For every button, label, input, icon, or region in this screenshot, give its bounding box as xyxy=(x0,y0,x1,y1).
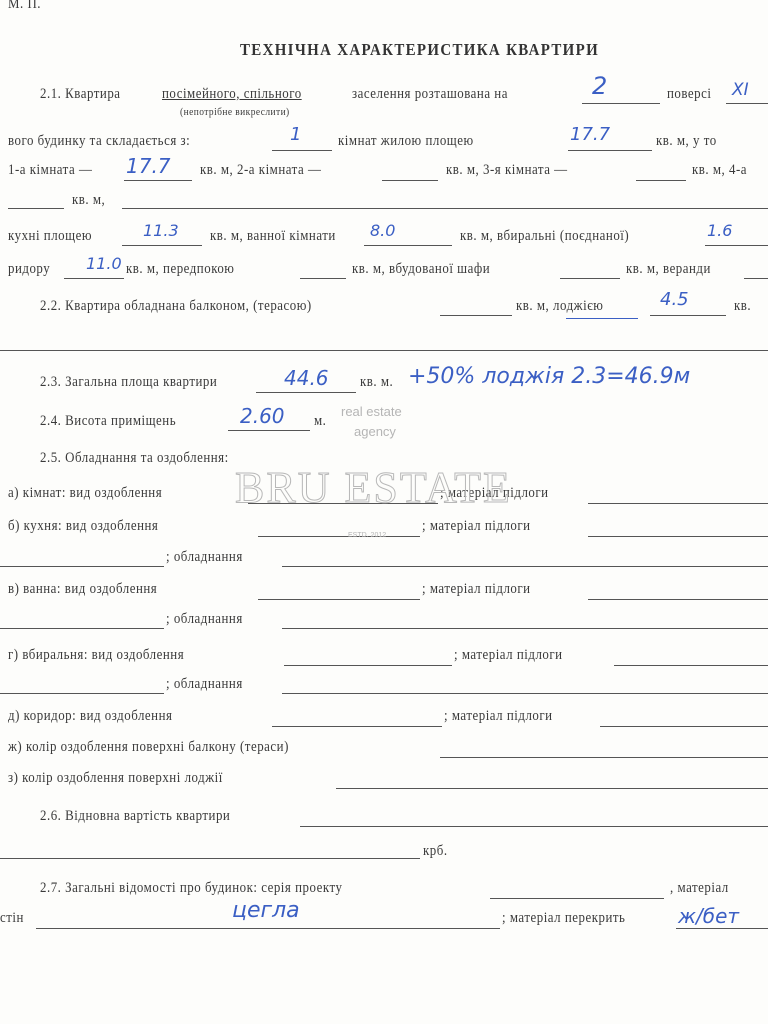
s21-line2a: вого будинку та складається з: xyxy=(8,133,190,150)
s21-line2b: кімнат жилою площею xyxy=(338,133,474,150)
s22-lead: 2.2. Квартира обладнана балконом, (терас… xyxy=(40,298,312,315)
bath-label: кв. м, ванної кімнати xyxy=(210,228,336,245)
s21-lead: 2.1. Квартира xyxy=(40,86,121,103)
s25v-floor-line xyxy=(588,599,768,600)
extra-rooms-line xyxy=(122,208,768,209)
loggia-underline xyxy=(566,318,638,319)
page-title: ТЕХНІЧНА ХАРАКТЕРИСТИКА КВАРТИРИ xyxy=(240,40,599,60)
walls-field-line xyxy=(36,928,500,929)
s25v-floor: ; матеріал підлоги xyxy=(422,581,531,598)
s25d-finish-line xyxy=(272,726,442,727)
closet-field-line xyxy=(560,278,620,279)
value-field-line-cont xyxy=(0,858,420,859)
s25zh-label: ж) колір оздоблення поверхні балкону (те… xyxy=(8,739,289,756)
wc-field-line xyxy=(705,245,768,246)
watermark-brand: BRU ESTATE xyxy=(235,462,512,513)
height-value[interactable]: 2.60 xyxy=(240,404,285,428)
stamp-mark: М. П. xyxy=(8,0,41,13)
loggia-field-line xyxy=(650,315,726,316)
s21-line2c: кв. м, у то xyxy=(656,133,717,150)
s25v-floor-line-cont xyxy=(0,628,164,629)
s25g-floor-line xyxy=(614,665,768,666)
room1-label: 1-а кімната — xyxy=(8,162,92,179)
kitchen-field-line xyxy=(122,245,202,246)
s25v-equip-line xyxy=(282,628,768,629)
floor-field-line xyxy=(582,103,660,104)
room3-label: кв. м, 3-я кімната — xyxy=(446,162,568,179)
room3-field-line xyxy=(636,180,686,181)
room2-label: кв. м, 2-а кімната — xyxy=(200,162,321,179)
line4-a: кв. м, xyxy=(72,192,105,209)
s25g-label: г) вбиральня: вид оздоблення xyxy=(8,647,184,664)
wc-value[interactable]: 1.6 xyxy=(707,221,732,240)
s25b-finish-line xyxy=(258,536,420,537)
rooms-field-line xyxy=(272,150,332,151)
s25d-floor-line xyxy=(600,726,768,727)
floor-value[interactable]: 2 xyxy=(592,72,607,100)
corridor-field-line xyxy=(64,278,124,279)
value-unit: крб. xyxy=(423,843,448,860)
total-area-value[interactable]: 44.6 xyxy=(284,366,329,390)
ceiling-label: ; матеріал перекрить xyxy=(502,910,625,927)
strike-note: (непотрібне викреслити) xyxy=(180,106,290,118)
bath-field-line xyxy=(364,245,452,246)
watermark-line2: agency xyxy=(354,424,396,439)
s25z-line xyxy=(336,788,768,789)
room1-value[interactable]: 17.7 xyxy=(126,154,171,178)
s25b-equip-line xyxy=(282,566,768,567)
living-area-field-line xyxy=(568,150,652,151)
storeys-field-line xyxy=(726,103,768,104)
floor-label: поверсі xyxy=(667,86,711,103)
veranda-label: кв. м, веранди xyxy=(626,261,711,278)
s25g-equip-line xyxy=(282,693,768,694)
total-area-annotation: +50% лоджія 2.3=46.9м xyxy=(408,364,690,389)
kitchen-value[interactable]: 11.3 xyxy=(143,221,179,240)
s25g-equip: ; обладнання xyxy=(166,676,243,693)
total-area-label: 2.3. Загальна площа квартири xyxy=(40,374,217,391)
s21-options: посімейного, спільного xyxy=(162,86,302,103)
total-area-field-line xyxy=(256,392,356,393)
s25b-label: б) кухня: вид оздоблення xyxy=(8,518,158,535)
closet-label: кв. м, вбудованої шафи xyxy=(352,261,490,278)
s25v-finish-line xyxy=(258,599,420,600)
s25zh-line xyxy=(440,757,768,758)
room4-field-line xyxy=(8,208,64,209)
s27-label: 2.7. Загальні відомості про будинок: сер… xyxy=(40,880,342,897)
height-label: 2.4. Висота приміщень xyxy=(40,413,176,430)
walls-label: стін xyxy=(0,910,24,927)
s25v-equip: ; обладнання xyxy=(166,611,243,628)
kitchen-label: кухні площею xyxy=(8,228,92,245)
height-field-line xyxy=(228,430,310,431)
loggia-label: кв. м, лоджією xyxy=(516,298,603,315)
s25-title: 2.5. Обладнання та оздоблення: xyxy=(40,450,229,467)
watermark-line1: real estate xyxy=(341,404,402,419)
storeys-value[interactable]: XI xyxy=(732,80,749,100)
ceiling-field-line xyxy=(676,928,768,929)
s27-material: , матеріал xyxy=(670,880,729,897)
s25g-finish-line xyxy=(284,665,452,666)
corridor-value[interactable]: 11.0 xyxy=(86,254,122,273)
s21-mid: заселення розташована на xyxy=(352,86,508,103)
total-area-unit: кв. м. xyxy=(360,374,393,391)
wc-label: кв. м, вбиральні (поєднаної) xyxy=(460,228,629,245)
living-area-value[interactable]: 17.7 xyxy=(570,124,610,145)
watermark-est: ESTD. 2012 xyxy=(348,532,386,539)
room2-field-line xyxy=(382,180,438,181)
s22-tail: кв. xyxy=(734,298,751,315)
hall-field-line xyxy=(300,278,346,279)
s22-continuation-line xyxy=(0,350,768,351)
hall-label: кв. м, передпокою xyxy=(126,261,234,278)
bath-value[interactable]: 8.0 xyxy=(370,221,395,240)
ceiling-value[interactable]: ж/бет xyxy=(678,904,739,928)
s25a-floor-line xyxy=(588,503,768,504)
s25z-label: з) колір оздоблення поверхні лоджії xyxy=(8,770,223,787)
s25b-floor-line xyxy=(588,536,768,537)
s25d-floor: ; матеріал підлоги xyxy=(444,708,553,725)
s25v-label: в) ванна: вид оздоблення xyxy=(8,581,157,598)
height-unit: м. xyxy=(314,413,326,430)
room1-field-line xyxy=(124,180,192,181)
project-series-line xyxy=(490,898,664,899)
balcony-field-line xyxy=(440,315,512,316)
s25a-label: а) кімнат: вид оздоблення xyxy=(8,485,162,502)
value-field-line xyxy=(300,826,768,827)
walls-value[interactable]: цегла xyxy=(232,898,300,923)
rooms-value[interactable]: 1 xyxy=(290,124,301,145)
veranda-field-line xyxy=(744,278,768,279)
s25b-floor-line-cont xyxy=(0,566,164,567)
loggia-value[interactable]: 4.5 xyxy=(660,289,689,310)
s25d-label: д) коридор: вид оздоблення xyxy=(8,708,172,725)
room4-label: кв. м, 4-а xyxy=(692,162,747,179)
s25g-floor-line-cont xyxy=(0,693,164,694)
s25b-equip: ; обладнання xyxy=(166,549,243,566)
corridor-label: ридору xyxy=(8,261,50,278)
s25g-floor: ; матеріал підлоги xyxy=(454,647,563,664)
value-label: 2.6. Відновна вартість квартири xyxy=(40,808,230,825)
s25b-floor: ; матеріал підлоги xyxy=(422,518,531,535)
